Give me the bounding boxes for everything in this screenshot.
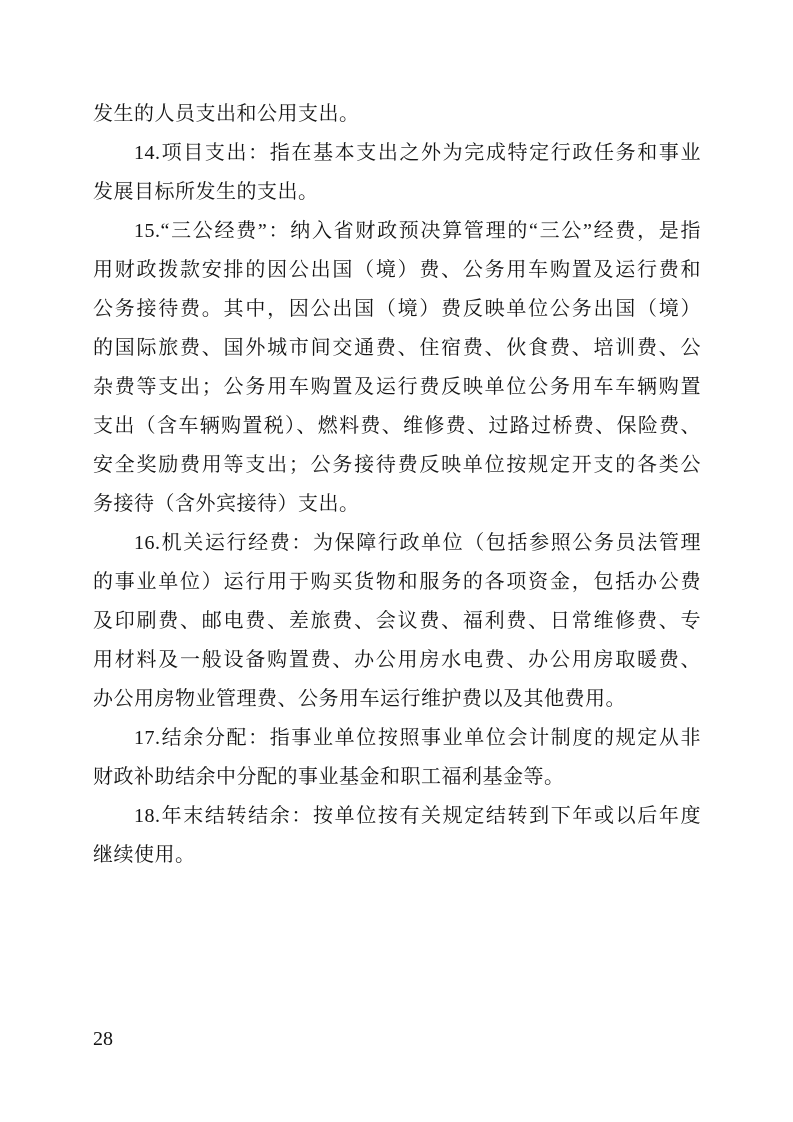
text-line: 财政补助结余中分配的事业基金和职工福利基金等。 (93, 758, 701, 797)
text-line: 17.结余分配：指事业单位按照事业单位会计制度的规定从非 (93, 719, 701, 758)
text-line: 发生的人员支出和公用支出。 (93, 95, 701, 134)
text-line: 16.机关运行经费：为保障行政单位（包括参照公务员法管理 (93, 524, 701, 563)
text-line: 用财政拨款安排的因公出国（境）费、公务用车购置及运行费和 (93, 251, 701, 290)
paragraph: 14.项目支出：指在基本支出之外为完成特定行政任务和事业发展目标所发生的支出。 (93, 134, 701, 212)
document-body: 发生的人员支出和公用支出。14.项目支出：指在基本支出之外为完成特定行政任务和事… (93, 95, 701, 875)
text-line: 的事业单位）运行用于购买货物和服务的各项资金，包括办公费 (93, 563, 701, 602)
paragraph: 发生的人员支出和公用支出。 (93, 95, 701, 134)
text-line: 18.年末结转结余：按单位按有关规定结转到下年或以后年度 (93, 797, 701, 836)
text-line: 及印刷费、邮电费、差旅费、会议费、福利费、日常维修费、专 (93, 602, 701, 641)
text-line: 继续使用。 (93, 836, 701, 875)
paragraph: 16.机关运行经费：为保障行政单位（包括参照公务员法管理的事业单位）运行用于购买… (93, 524, 701, 719)
text-line: 14.项目支出：指在基本支出之外为完成特定行政任务和事业 (93, 134, 701, 173)
text-line: 发展目标所发生的支出。 (93, 173, 701, 212)
text-line: 的国际旅费、国外城市间交通费、住宿费、伙食费、培训费、公 (93, 329, 701, 368)
text-line: 用材料及一般设备购置费、办公用房水电费、办公用房取暖费、 (93, 641, 701, 680)
paragraph: 18.年末结转结余：按单位按有关规定结转到下年或以后年度继续使用。 (93, 797, 701, 875)
page-number: 28 (93, 1026, 113, 1052)
paragraph: 17.结余分配：指事业单位按照事业单位会计制度的规定从非财政补助结余中分配的事业… (93, 719, 701, 797)
text-line: 务接待（含外宾接待）支出。 (93, 485, 701, 524)
text-line: 支出（含车辆购置税）、燃料费、维修费、过路过桥费、保险费、 (93, 407, 701, 446)
document-page: 发生的人员支出和公用支出。14.项目支出：指在基本支出之外为完成特定行政任务和事… (0, 0, 793, 1122)
text-line: 杂费等支出；公务用车购置及运行费反映单位公务用车车辆购置 (93, 368, 701, 407)
text-line: 安全奖励费用等支出；公务接待费反映单位按规定开支的各类公 (93, 446, 701, 485)
paragraph: 15.“三公经费”：纳入省财政预决算管理的“三公”经费，是指用财政拨款安排的因公… (93, 212, 701, 524)
text-line: 15.“三公经费”：纳入省财政预决算管理的“三公”经费，是指 (93, 212, 701, 251)
text-line: 办公用房物业管理费、公务用车运行维护费以及其他费用。 (93, 680, 701, 719)
text-line: 公务接待费。其中，因公出国（境）费反映单位公务出国（境） (93, 290, 701, 329)
